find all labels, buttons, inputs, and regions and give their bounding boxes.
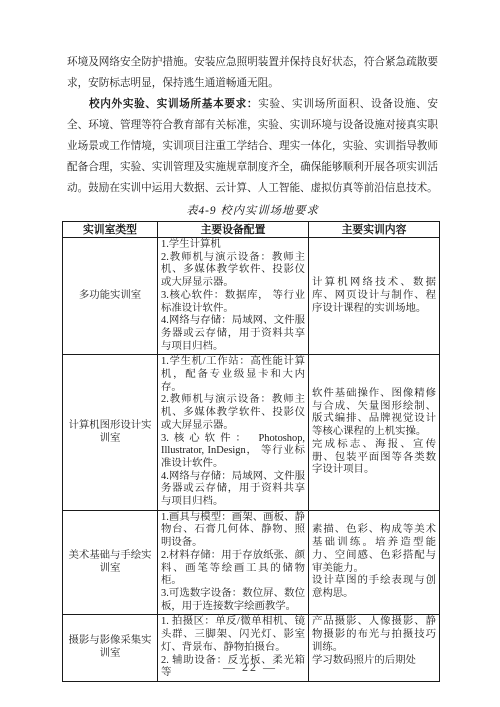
equipment-cell: 1.学生计算机 2.教师机与演示设备：教师主机、多媒体教学软件、投影仪或大屏显示… xyxy=(158,238,309,355)
page-content: 环境及网络安全防护措施。安装应急照明装置并保持良好状态，符合紧急疏散要求，安防标… xyxy=(0,0,500,682)
training-table-wrapper: 实训室类型 主要设备配置 主要实训内容 多功能实训室 1.学生计算机 2.教师机… xyxy=(62,221,439,682)
equipment-cell: 1.画具与模型：画架、画板、静物台、石膏几何体、静物、照明设备。 2.材料存储：… xyxy=(158,510,309,615)
room-type-cell: 美术基础与手绘实训室 xyxy=(63,510,158,615)
table-row: 多功能实训室 1.学生计算机 2.教师机与演示设备：教师主机、多媒体教学软件、投… xyxy=(63,238,440,355)
paragraph-training-requirements: 校内外实验、实训场所基本要求：实验、实训场所面积、设备设施、安全、环境、管理等符… xyxy=(67,94,438,199)
table-row: 计算机图形设计实训室 1.学生机/工作站：高性能计算机，配备专业级显卡和大内存。… xyxy=(63,355,440,510)
document-page: 环境及网络安全防护措施。安装应急照明装置并保持良好状态，符合紧急疏散要求，安防标… xyxy=(0,0,500,707)
page-number: — 22 — xyxy=(0,660,500,675)
header-training-content: 主要实训内容 xyxy=(309,222,440,238)
header-room-type: 实训室类型 xyxy=(63,222,158,238)
room-type-cell: 多功能实训室 xyxy=(63,238,158,355)
paragraph-body-text: 实验、实训场所面积、设备设施、安全、环境、管理等符合教育部有关标准，实验、实训环… xyxy=(67,99,438,194)
table-row: 美术基础与手绘实训室 1.画具与模型：画架、画板、静物台、石膏几何体、静物、照明… xyxy=(63,510,440,615)
training-content-cell: 计算机网络技术、数据库、网页设计与制作、程序设计课程的实训场地。 xyxy=(309,238,440,355)
equipment-cell: 1.学生机/工作站：高性能计算机，配备专业级显卡和大内存。 2.教师机与演示设备… xyxy=(158,355,309,510)
header-equipment: 主要设备配置 xyxy=(158,222,309,238)
room-type-cell: 计算机图形设计实训室 xyxy=(63,355,158,510)
table-caption: 表4-9 校内实训场地要求 xyxy=(67,202,438,218)
training-content-cell: 软件基础操作、图像精修与合成、矢量图形绘制、版式编排、品牌视觉设计等核心课程的上… xyxy=(309,355,440,510)
training-content-cell: 素描、色彩、构成等美术基础训练。培养造型能力、空间感、色彩搭配与审美能力。 设计… xyxy=(309,510,440,615)
training-room-table: 实训室类型 主要设备配置 主要实训内容 多功能实训室 1.学生计算机 2.教师机… xyxy=(62,221,440,682)
paragraph-bold-lead: 校内外实验、实训场所基本要求： xyxy=(89,99,258,110)
table-header-row: 实训室类型 主要设备配置 主要实训内容 xyxy=(63,222,440,238)
paragraph-safety-continuation: 环境及网络安全防护措施。安装应急照明装置并保持良好状态，符合紧急疏散要求，安防标… xyxy=(67,52,438,94)
